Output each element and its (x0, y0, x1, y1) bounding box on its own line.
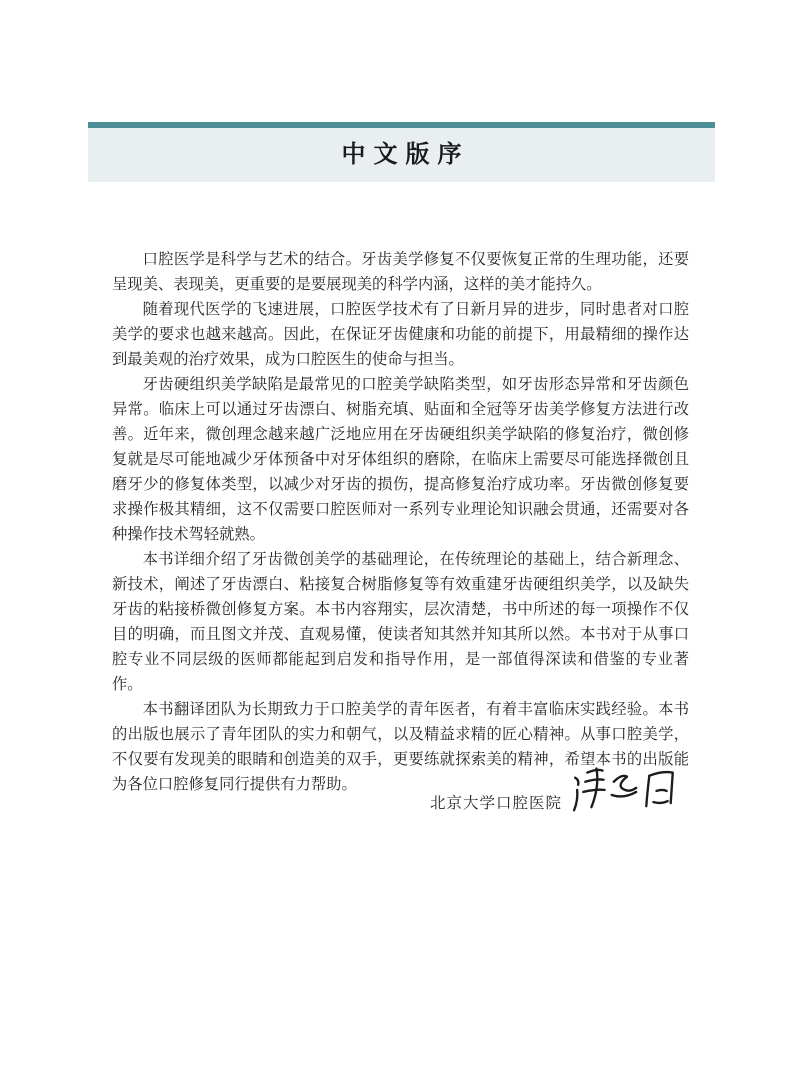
signature-block: 北京大学口腔医院 (430, 763, 688, 829)
title-banner: 中文版序 (88, 122, 715, 182)
page-title: 中文版序 (334, 143, 470, 167)
title-band: 中文版序 (88, 128, 715, 182)
signer-affiliation: 北京大学口腔医院 (430, 791, 562, 813)
preface-paragraph: 牙齿硬组织美学缺陷是最常见的口腔美学缺陷类型，如牙齿形态异常和牙齿颜色异常。临床… (112, 372, 689, 547)
handwritten-signature (568, 763, 688, 829)
preface-paragraph: 口腔医学是科学与艺术的结合。牙齿美学修复不仅要恢复正常的生理功能，还要呈现美、表… (112, 247, 689, 297)
book-page: 中文版序 口腔医学是科学与艺术的结合。牙齿美学修复不仅要恢复正常的生理功能，还要… (0, 0, 800, 1077)
preface-paragraph: 本书详细介绍了牙齿微创美学的基础理论，在传统理论的基础上，结合新理念、新技术，阐… (112, 547, 689, 697)
preface-body: 口腔医学是科学与艺术的结合。牙齿美学修复不仅要恢复正常的生理功能，还要呈现美、表… (112, 247, 689, 797)
preface-paragraph: 随着现代医学的飞速进展，口腔医学技术有了日新月异的进步，同时患者对口腔美学的要求… (112, 297, 689, 372)
